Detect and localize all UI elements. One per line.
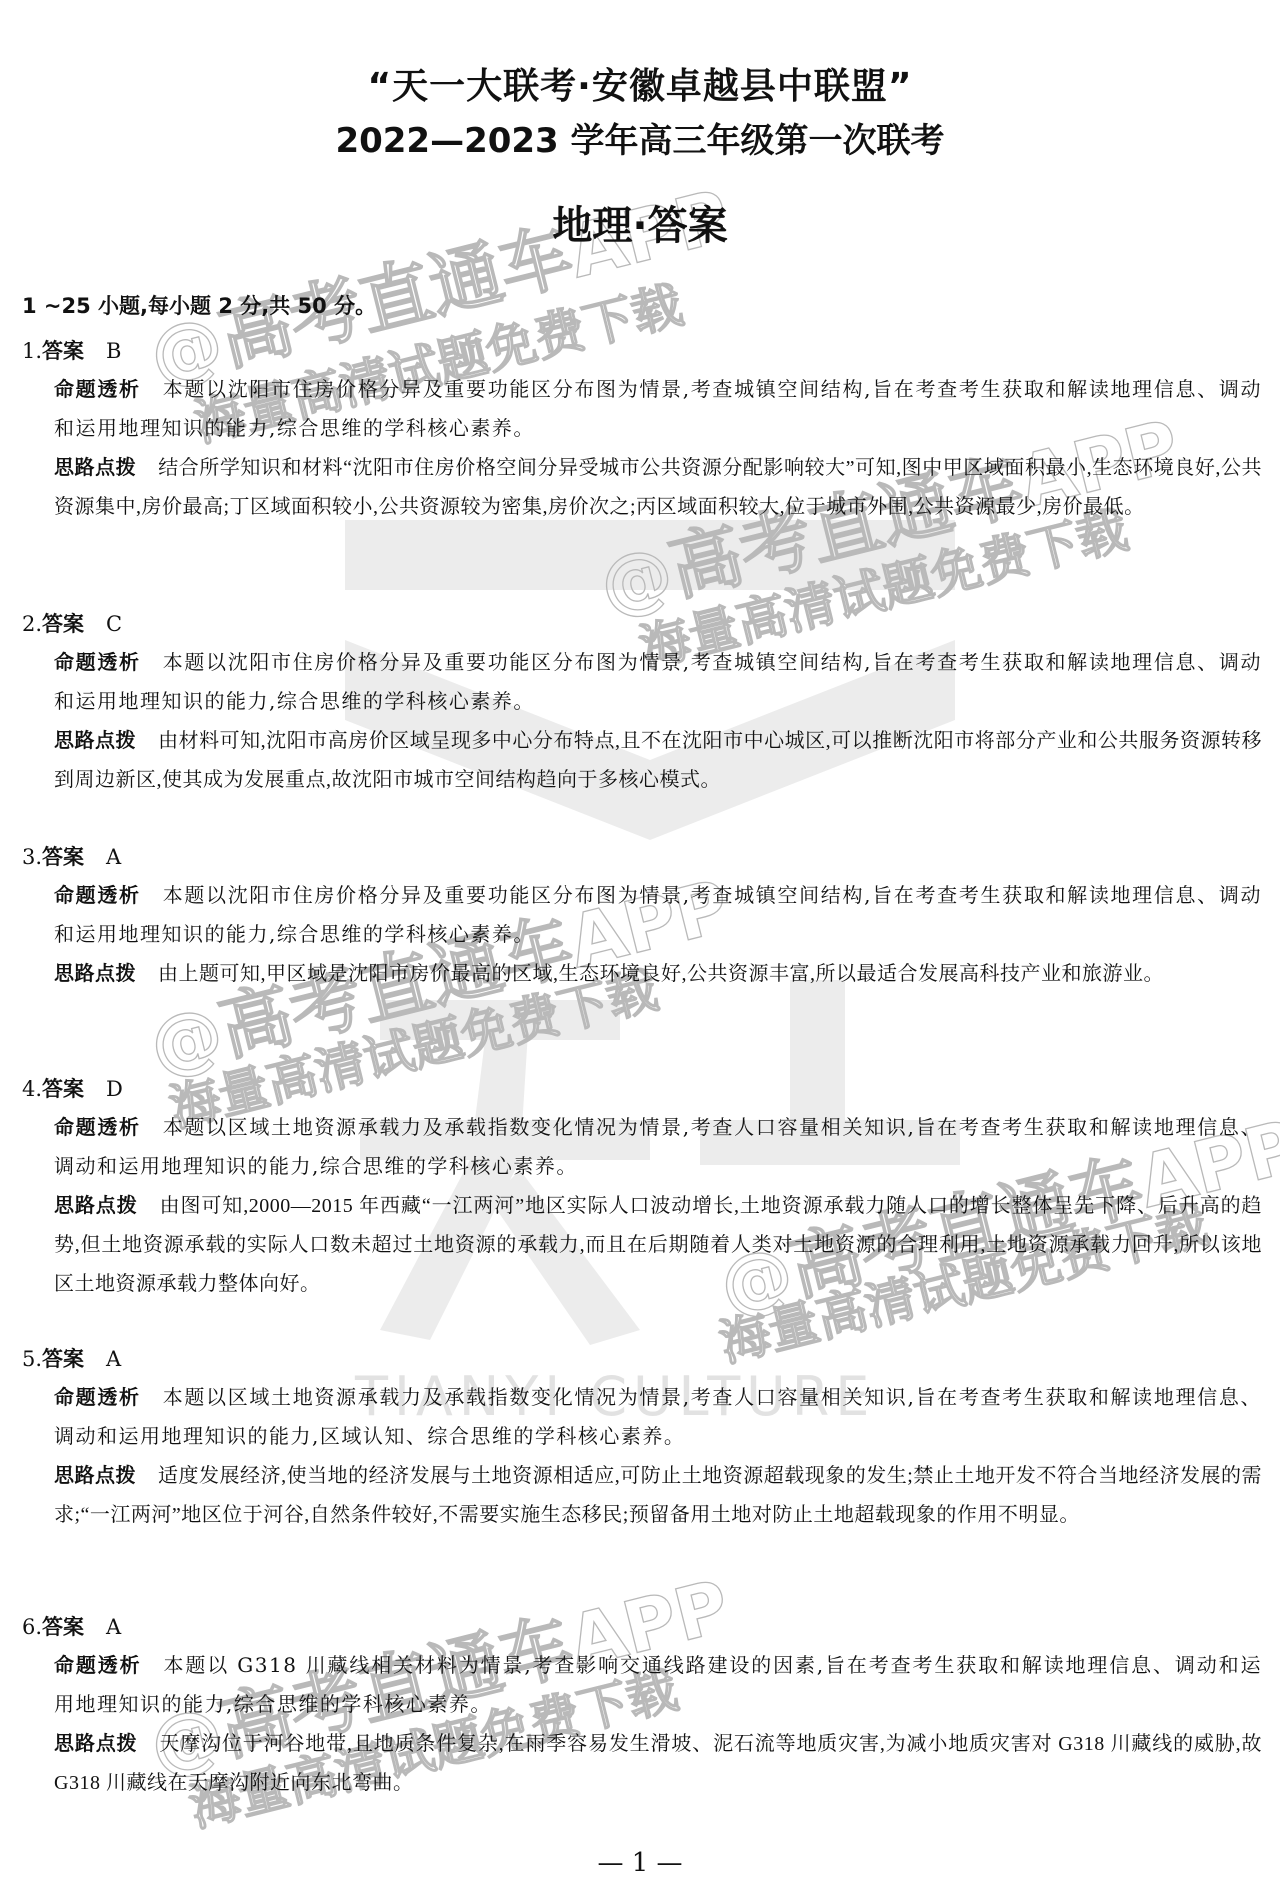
answer-line: 5.答案A [22, 1340, 1262, 1378]
hint-paragraph: 思路点拨天摩沟位于河谷地带,且地质条件复杂,在雨季容易发生滑坡、泥石流等地质灾害… [54, 1724, 1262, 1803]
hint-text: 由上题可知,甲区域是沈阳市房价最高的区域,生态环境良好,公共资源丰富,所以最适合… [158, 963, 1164, 985]
question-1: 1.答案B 命题透析本题以沈阳市住房价格分异及重要功能区分布图为情景,考查城镇空… [22, 332, 1262, 527]
hint-text: 结合所学知识和材料“沈阳市住房价格空间分异受城市公共资源分配影响较大”可知,图中… [54, 457, 1262, 518]
question-number: 3. [22, 845, 42, 869]
analysis-paragraph: 命题透析本题以区域土地资源承载力及承载指数变化情况为情景,考查人口容量相关知识,… [54, 1378, 1262, 1456]
analysis-text: 本题以沈阳市住房价格分异及重要功能区分布图为情景,考查城镇空间结构,旨在考查考生… [54, 883, 1262, 946]
hint-paragraph: 思路点拨由上题可知,甲区域是沈阳市房价最高的区域,生态环境良好,公共资源丰富,所… [54, 954, 1262, 994]
exam-series-title: “天一大联考·安徽卓越县中联盟” [0, 58, 1280, 109]
hint-label: 思路点拨 [54, 1193, 138, 1217]
analysis-label: 命题透析 [54, 1385, 141, 1409]
analysis-text: 本题以 G318 川藏线相关材料为情景,考查影响交通线路建设的因素,旨在考查考生… [54, 1653, 1262, 1716]
question-3: 3.答案A 命题透析本题以沈阳市住房价格分异及重要功能区分布图为情景,考查城镇空… [22, 838, 1262, 994]
question-6: 6.答案A 命题透析本题以 G318 川藏线相关材料为情景,考查影响交通线路建设… [22, 1608, 1262, 1803]
subject-title: 地理·答案 [0, 194, 1280, 251]
hint-paragraph: 思路点拨结合所学知识和材料“沈阳市住房价格空间分异受城市公共资源分配影响较大”可… [54, 448, 1262, 527]
answer-line: 3.答案A [22, 838, 1262, 876]
answer-label: 答案 [42, 1347, 84, 1371]
analysis-label: 命题透析 [54, 1653, 141, 1677]
hint-text: 天摩沟位于河谷地带,且地质条件复杂,在雨季容易发生滑坡、泥石流等地质灾害,为减小… [54, 1733, 1262, 1794]
question-number: 2. [22, 612, 42, 636]
question-number: 5. [22, 1347, 42, 1371]
answer-label: 答案 [42, 845, 84, 869]
hint-label: 思路点拨 [54, 728, 136, 752]
question-number: 6. [22, 1615, 42, 1639]
exam-session-title: 2022—2023 学年高三年级第一次联考 [0, 113, 1280, 162]
analysis-label: 命题透析 [54, 883, 141, 907]
answer-line: 2.答案C [22, 605, 1262, 643]
analysis-label: 命题透析 [54, 1115, 141, 1139]
analysis-paragraph: 命题透析本题以沈阳市住房价格分异及重要功能区分布图为情景,考查城镇空间结构,旨在… [54, 876, 1262, 954]
hint-paragraph: 思路点拨适度发展经济,使当地的经济发展与土地资源相适应,可防止土地资源超载现象的… [54, 1456, 1262, 1535]
hint-label: 思路点拨 [54, 1731, 137, 1755]
hint-label: 思路点拨 [54, 455, 136, 479]
answer-value: D [106, 1077, 123, 1101]
hint-paragraph: 思路点拨由图可知,2000—2015 年西藏“一江两河”地区实际人口波动增长,土… [54, 1186, 1262, 1304]
answer-value: A [106, 845, 121, 869]
answer-line: 4.答案D [22, 1070, 1262, 1108]
scoring-note: 1 ~25 小题,每小题 2 分,共 50 分。 [22, 290, 376, 320]
answer-line: 6.答案A [22, 1608, 1262, 1646]
page-number: — 1 — [0, 1848, 1280, 1878]
hint-text: 适度发展经济,使当地的经济发展与土地资源相适应,可防止土地资源超载现象的发生;禁… [54, 1465, 1262, 1526]
analysis-paragraph: 命题透析本题以沈阳市住房价格分异及重要功能区分布图为情景,考查城镇空间结构,旨在… [54, 370, 1262, 448]
analysis-text: 本题以区域土地资源承载力及承载指数变化情况为情景,考查人口容量相关知识,旨在考查… [54, 1115, 1262, 1178]
answer-label: 答案 [42, 612, 84, 636]
question-number: 1. [22, 339, 42, 363]
analysis-text: 本题以沈阳市住房价格分异及重要功能区分布图为情景,考查城镇空间结构,旨在考查考生… [54, 377, 1262, 440]
analysis-paragraph: 命题透析本题以沈阳市住房价格分异及重要功能区分布图为情景,考查城镇空间结构,旨在… [54, 643, 1262, 721]
question-2: 2.答案C 命题透析本题以沈阳市住房价格分异及重要功能区分布图为情景,考查城镇空… [22, 605, 1262, 800]
answer-value: A [106, 1615, 121, 1639]
analysis-label: 命题透析 [54, 650, 141, 674]
hint-label: 思路点拨 [54, 961, 136, 985]
analysis-text: 本题以区域土地资源承载力及承载指数变化情况为情景,考查人口容量相关知识,旨在考查… [54, 1385, 1262, 1448]
analysis-paragraph: 命题透析本题以区域土地资源承载力及承载指数变化情况为情景,考查人口容量相关知识,… [54, 1108, 1262, 1186]
answer-value: B [106, 339, 121, 363]
question-number: 4. [22, 1077, 42, 1101]
analysis-text: 本题以沈阳市住房价格分异及重要功能区分布图为情景,考查城镇空间结构,旨在考查考生… [54, 650, 1262, 713]
hint-label: 思路点拨 [54, 1463, 136, 1487]
answer-value: C [106, 612, 122, 636]
question-4: 4.答案D 命题透析本题以区域土地资源承载力及承载指数变化情况为情景,考查人口容… [22, 1070, 1262, 1304]
answer-label: 答案 [42, 1615, 84, 1639]
answer-line: 1.答案B [22, 332, 1262, 370]
analysis-label: 命题透析 [54, 377, 141, 401]
hint-text: 由材料可知,沈阳市高房价区域呈现多中心分布特点,且不在沈阳市中心城区,可以推断沈… [54, 730, 1262, 791]
answer-label: 答案 [42, 1077, 84, 1101]
answer-label: 答案 [42, 339, 84, 363]
answer-value: A [106, 1347, 121, 1371]
hint-paragraph: 思路点拨由材料可知,沈阳市高房价区域呈现多中心分布特点,且不在沈阳市中心城区,可… [54, 721, 1262, 800]
analysis-paragraph: 命题透析本题以 G318 川藏线相关材料为情景,考查影响交通线路建设的因素,旨在… [54, 1646, 1262, 1724]
hint-text: 由图可知,2000—2015 年西藏“一江两河”地区实际人口波动增长,土地资源承… [54, 1195, 1262, 1295]
question-5: 5.答案A 命题透析本题以区域土地资源承载力及承载指数变化情况为情景,考查人口容… [22, 1340, 1262, 1535]
